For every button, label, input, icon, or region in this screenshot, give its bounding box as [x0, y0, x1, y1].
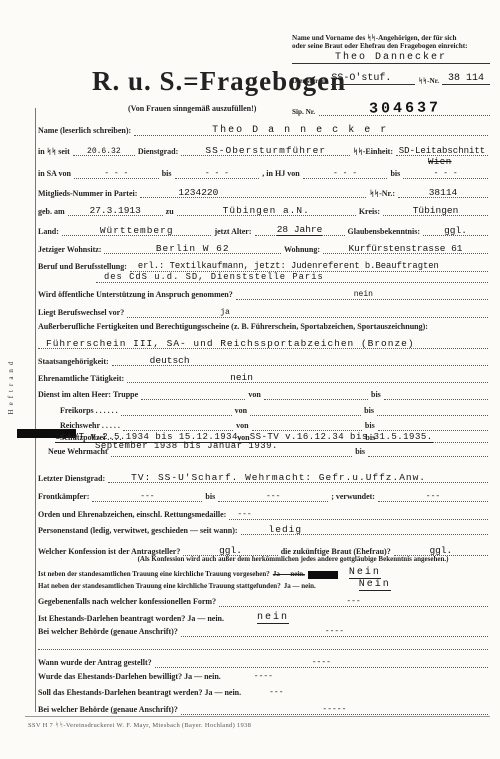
fertigkeiten-value: Führerschein III, SA- und Reichssportabz…	[46, 339, 415, 349]
behoerde-2-value: -----	[322, 706, 346, 715]
einheit-label: ᛋᛋ-Einheit:	[353, 148, 393, 157]
frontkaempfer-bis-value: ---	[266, 493, 280, 502]
wohnung-value: Kurfürstenstrasse 61	[348, 244, 462, 254]
redaction-mark-trauung	[308, 571, 338, 579]
reichswehr-label: Reichswehr . . . . .	[60, 422, 120, 431]
header-sip-label: Sip. Nr.	[292, 108, 315, 116]
orden-label: Orden und Ehrenabzeichen, einschl. Rettu…	[38, 511, 226, 520]
wohnung-label: Wohnung:	[284, 246, 320, 255]
wohnsitz-label: Jetziger Wohnsitz:	[38, 246, 101, 255]
verwundet-label: ; verwundet:	[331, 493, 375, 502]
kirchlich-vorgesehen-label: Ist neben der standesamtlichen Trauung e…	[38, 571, 270, 579]
row-fertigkeiten-label: Außerberufliche Fertigkeiten und Berecht…	[38, 323, 488, 332]
row-freikorps: Freikorps . . . . . . von bis	[38, 407, 488, 416]
glauben-label: Glaubensbekenntnis:	[348, 228, 420, 237]
row-kirchlich-vorgesehen: Ist neben der standesamtlichen Trauung e…	[38, 567, 488, 579]
berufswechsel-label: Liegt Berufswechsel vor?	[38, 309, 124, 318]
frontkaempfer-bis-label: bis	[205, 493, 215, 502]
row-behoerde-2: Bei welcher Behörde (genaue Anschrift)? …	[38, 704, 488, 715]
einheit-value: SD-Leitabschnitt	[399, 147, 485, 157]
kirchlich-vorgesehen-value: Nein	[349, 567, 381, 579]
kreis-value: Tübingen	[413, 206, 459, 216]
kirchlich-vorgesehen-janein: Ja — nein.	[273, 571, 305, 579]
kreis-label: Kreis:	[359, 208, 380, 217]
row-name: Name (leserlich schreiben): Theo D a n n…	[38, 124, 488, 136]
sa-von-value: - - -	[104, 170, 128, 179]
ssnr-value: 38114	[429, 188, 458, 198]
wehrmacht-bis-label: bis	[355, 448, 365, 457]
name-value: Theo D a n n e c k e r	[142, 125, 388, 136]
konfessionelle-form-value: ---	[346, 598, 360, 607]
row-darlehen-beantragt: Ist Ehestands-Darlehen beantragt worden?…	[38, 612, 488, 624]
ehrenamt-label: Ehrenamtliche Tätigkeit:	[38, 375, 124, 384]
service-overlay-wehrmacht: September 1938 bis Januar 1939.	[95, 441, 278, 451]
row-berufswechsel: Liegt Berufswechsel vor? ja	[38, 307, 488, 318]
header-right-block: Name und Vorname des ᛋᛋ-Angehörigen, der…	[292, 34, 490, 116]
header-ssnr-label: ᛋᛋ-Nr.	[418, 77, 439, 85]
row-darlehen-bewilligt: Wurde das Ehestands-Darlehen bewilligt? …	[38, 673, 488, 682]
heer-bis-label: bis	[371, 391, 381, 400]
partei-value: 1234220	[148, 188, 218, 198]
row-blank-rule	[38, 643, 488, 650]
freikorps-von-label: von	[235, 407, 247, 416]
land-label: Land:	[38, 228, 59, 237]
header-dienstgrad-value: SS-O'stuf.	[331, 73, 391, 84]
staat-value: deutsch	[120, 356, 190, 366]
row-ss-seit: in ᛋᛋ seit 20.6.32 Dienstgrad: SS-Oberst…	[38, 145, 488, 156]
frontkaempfer-value: ---	[140, 493, 154, 502]
verwundet-value: ---	[426, 493, 440, 502]
letzter-dienstgrad-label: Letzter Dienstgrad:	[38, 475, 105, 484]
hj-bis-value: - - -	[434, 170, 458, 179]
fertigkeiten-label: Außerberufliche Fertigkeiten und Berecht…	[38, 323, 428, 332]
antrag-gestellt-value: ----	[312, 659, 331, 668]
orden-value: ---	[237, 511, 251, 520]
footer-imprint: SSV H 7 ᛋᛋ-Vereinsdruckerei W. F. Mayr, …	[28, 722, 251, 729]
freikorps-label: Freikorps . . . . . .	[60, 407, 118, 416]
header-ssnr-value: 38 114	[448, 73, 484, 84]
ss-seit-label: in ᛋᛋ seit	[38, 148, 70, 157]
heer-label: Dienst im alten Heer: Truppe	[38, 391, 138, 400]
row-wohnsitz: Jetziger Wohnsitz: Berlin W 62 Wohnung: …	[38, 243, 488, 254]
antrag-gestellt-label: Wann wurde der Antrag gestellt?	[38, 659, 152, 668]
row-ehrenamt: Ehrenamtliche Tätigkeit: nein	[38, 372, 488, 383]
row-geburt: geb. am 27.3.1913 zu Tübingen a.N. Kreis…	[38, 205, 488, 216]
darlehen-bewilligt-label: Wurde das Ehestands-Darlehen bewilligt? …	[38, 673, 221, 682]
reichswehr-bis-label: bis	[365, 422, 375, 431]
alter-label: jetzt Alter:	[214, 228, 251, 237]
glauben-value: ggl.	[444, 226, 467, 236]
darlehen-bewilligt-value: ----	[254, 673, 273, 682]
einheit-value-line2: Wien	[428, 157, 452, 167]
row-reichswehr: Reichswehr . . . . . von bis	[38, 422, 488, 431]
footer-rule	[25, 716, 490, 717]
sa-von-label: in SA von	[38, 170, 71, 179]
dienstgrad-value: SS-Obersturmführer	[205, 146, 326, 156]
row-unterstuetzung: Wird öffentliche Unterstützung in Anspru…	[38, 289, 488, 300]
letzter-dienstgrad-value: TV: SS-U'Scharf. Wehrmacht: Gefr.u.Uffz.…	[116, 473, 426, 483]
beruf-value-1: erl.: Textilkaufmann, jetzt: Judenrefere…	[138, 262, 439, 272]
sa-bis-label: bis	[162, 170, 172, 179]
zu-value: Tübingen a.N.	[223, 206, 310, 216]
behoerde-2-label: Bei welcher Behörde (genaue Anschrift)?	[38, 706, 178, 715]
row-personenstand: Personenstand (ledig, verwitwet, geschie…	[38, 524, 488, 535]
hj-bis-label: bis	[390, 170, 400, 179]
header-dienstgrad-label: Dienstgrad:	[292, 77, 328, 85]
row-fertigkeiten-value: Führerschein III, SA- und Reichssportabz…	[38, 338, 488, 349]
row-letzter-dienstgrad: Letzter Dienstgrad: TV: SS-U'Scharf. Weh…	[38, 472, 488, 483]
name-label: Name (leserlich schreiben):	[38, 127, 131, 136]
kirchlich-stattgefunden-value: Nein	[359, 579, 391, 591]
konfession-note: (Als Konfession wird auch außer dem herk…	[138, 556, 449, 564]
row-orden: Orden und Ehrenabzeichen, einschl. Rettu…	[38, 509, 488, 520]
unterstuetzung-label: Wird öffentliche Unterstützung in Anspru…	[38, 291, 233, 300]
zu-label: zu	[166, 208, 174, 217]
row-konfessionelle-form: Gegebenenfalls nach welcher konfessionel…	[38, 596, 488, 607]
row-heer: Dienst im alten Heer: Truppe von bis	[38, 391, 488, 400]
beruf-label: Beruf und Berufsstellung:	[38, 263, 127, 272]
alter-value: 28 Jahre	[277, 225, 323, 236]
reichswehr-von-label: von	[236, 422, 248, 431]
row-beruf-1: Beruf und Berufsstellung: erl.: Textilka…	[38, 261, 488, 272]
row-land: Land: Württemberg jetzt Alter: 28 Jahre …	[38, 224, 488, 236]
form-subtitle: (Von Frauen sinngemäß auszufüllen!)	[128, 104, 256, 113]
row-frontkaempfer: Frontkämpfer: --- bis --- ; verwundet: -…	[38, 491, 488, 502]
geb-value: 27.3.1913	[90, 206, 141, 216]
hj-von-value: - - -	[333, 170, 357, 179]
sa-bis-value: - - -	[205, 170, 229, 179]
behoerde-1-value: ----	[325, 628, 344, 637]
row-kirchlich-stattgefunden: Hat neben der standesamtlichen Trauung e…	[38, 579, 488, 591]
row-behoerde-1: Bei welcher Behörde (genaue Anschrift)? …	[38, 626, 488, 637]
kirchlich-stattgefunden-label: Hat neben der standesamtlichen Trauung e…	[38, 583, 281, 591]
darlehen-beantragt-label: Ist Ehestands-Darlehen beantragt worden?…	[38, 615, 224, 624]
freikorps-bis-label: bis	[364, 407, 374, 416]
row-antrag-gestellt: Wann wurde der Antrag gestellt? ----	[38, 657, 488, 668]
ssnr-label: ᛋᛋ-Nr.:	[369, 190, 395, 199]
row-sa-hj: in SA von - - - bis - - - , in HJ von - …	[38, 168, 488, 179]
personenstand-label: Personenstand (ledig, verwitwet, geschie…	[38, 527, 238, 536]
row-darlehen-soll: Soll das Ehestands-Darlehen beantragt we…	[38, 689, 488, 698]
header-sip-value: 304637	[368, 99, 440, 117]
ss-seit-value: 20.6.32	[87, 148, 121, 157]
header-note-line2: oder seine Braut oder Ehefrau den Frageb…	[292, 42, 490, 50]
hj-von-label: , in HJ von	[262, 170, 299, 179]
unterstuetzung-value: nein	[244, 291, 373, 300]
berufswechsel-value: ja	[135, 309, 230, 318]
kirchlich-stattgefunden-janein: Ja — nein.	[284, 583, 316, 591]
behoerde-1-label: Bei welcher Behörde (genaue Anschrift)?	[38, 628, 178, 637]
row-staat: Staatsangehörigkeit: deutsch	[38, 355, 488, 366]
header-note-line1: Name und Vorname des ᛋᛋ-Angehörigen, der…	[292, 34, 490, 42]
frontkaempfer-label: Frontkämpfer:	[38, 493, 89, 502]
row-konfession-note: (Als Konfession wird auch außer dem herk…	[38, 556, 488, 564]
heftrand-vertical-label: Heftrand	[7, 341, 15, 431]
margin-rule	[35, 108, 36, 712]
darlehen-soll-label: Soll das Ehestands-Darlehen beantragt we…	[38, 689, 241, 698]
darlehen-beantragt-value: nein	[257, 612, 289, 624]
header-name-value: Theo Dannecker	[335, 52, 447, 63]
dienstgrad-label: Dienstgrad:	[138, 148, 178, 157]
konfessionelle-form-label: Gegebenenfalls nach welcher konfessionel…	[38, 598, 216, 607]
heer-von-label: von	[248, 391, 260, 400]
personenstand-value: ledig	[249, 525, 303, 535]
geb-label: geb. am	[38, 208, 65, 217]
ehrenamt-value: nein	[135, 373, 253, 383]
beruf-value-2: des CdS u.d. SD, Dienststelle Paris	[104, 273, 324, 283]
staat-label: Staatsangehörigkeit:	[38, 358, 109, 367]
land-value: Württemberg	[100, 226, 174, 236]
scanned-form-page: R. u. S.=Fragebogen (Von Frauen sinngemä…	[0, 0, 500, 759]
partei-label: Mitglieds-Nummer in Partei:	[38, 190, 137, 199]
darlehen-soll-value: ---	[269, 689, 283, 698]
row-partei: Mitglieds-Nummer in Partei: 1234220 ᛋᛋ-N…	[38, 187, 488, 198]
row-beruf-2: des CdS u.d. SD, Dienststelle Paris	[38, 272, 488, 283]
wohnsitz-value: Berlin W 62	[156, 244, 230, 254]
